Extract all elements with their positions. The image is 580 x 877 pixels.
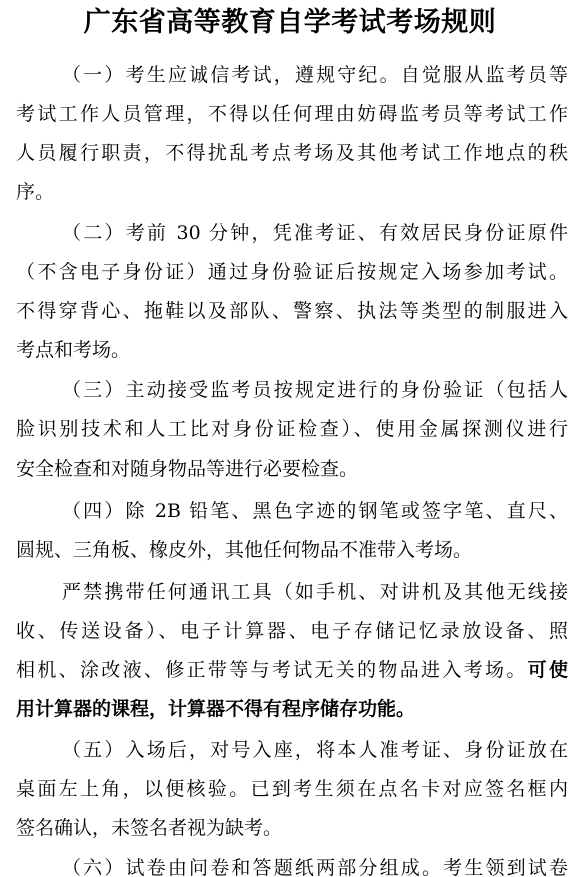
rule-1-line-2: 考试工作人员管理，不得以任何理由妨碍监考员等考试工作	[16, 99, 568, 129]
rule-2-line-4: 考点和考场。	[16, 335, 568, 365]
rule-3-line-2: 脸识别技术和人工比对身份证检查）、使用金属探测仪进行	[16, 414, 568, 444]
prohibited-line-3: 相机、涂改液、修正带等与考试无关的物品进入考场。可使	[16, 655, 568, 685]
rule-3-line-1: （三）主动接受监考员按规定进行的身份验证（包括人	[62, 375, 568, 405]
document-title: 广东省高等教育自学考试考场规则	[0, 6, 580, 40]
rule-1-line-4: 序。	[16, 177, 568, 207]
rule-5-line-2: 桌面左上角，以便核验。已到考生须在点名卡对应签名框内	[16, 774, 568, 804]
prohibited-line-1: 严禁携带任何通讯工具（如手机、对讲机及其他无线接	[62, 577, 568, 607]
rule-5-line-3: 签名确认，未签名者视为缺考。	[16, 813, 568, 843]
calculator-note: 用计算器的课程，计算器不得有程序储存功能。	[16, 694, 568, 724]
prohibited-line-3-text: 相机、涂改液、修正带等与考试无关的物品进入考场。	[16, 659, 528, 681]
rule-4-line-2: 圆规、三角板、橡皮外，其他任何物品不准带入考场。	[16, 535, 568, 565]
rule-2-line-3: 不得穿背心、拖鞋以及部队、警察、执法等类型的制服进入	[16, 296, 568, 326]
rule-5-line-1: （五）入场后，对号入座，将本人准考证、身份证放在	[62, 735, 568, 765]
calculator-note-start: 可使	[528, 659, 568, 681]
rule-1-line-3: 人员履行职责，不得扰乱考点考场及其他考试工作地点的秩	[16, 138, 568, 168]
rule-3-line-3: 安全检查和对随身物品等进行必要检查。	[16, 454, 568, 484]
rule-1-line-1: （一）考生应诚信考试，遵规守纪。自觉服从监考员等	[62, 60, 568, 90]
rule-2-line-2: （不含电子身份证）通过身份验证后按规定入场参加考试。	[16, 257, 568, 287]
rule-4-line-1: （四）除 2B 铅笔、黑色字迹的钢笔或签字笔、直尺、	[62, 496, 568, 526]
prohibited-line-2: 收、传送设备）、电子计算器、电子存储记忆录放设备、照	[16, 616, 568, 646]
rule-2-line-1: （二）考前 30 分钟，凭准考证、有效居民身份证原件	[62, 218, 568, 248]
rule-6-line-1: （六）试卷由问卷和答题纸两部分组成。考生领到试卷	[62, 853, 568, 877]
